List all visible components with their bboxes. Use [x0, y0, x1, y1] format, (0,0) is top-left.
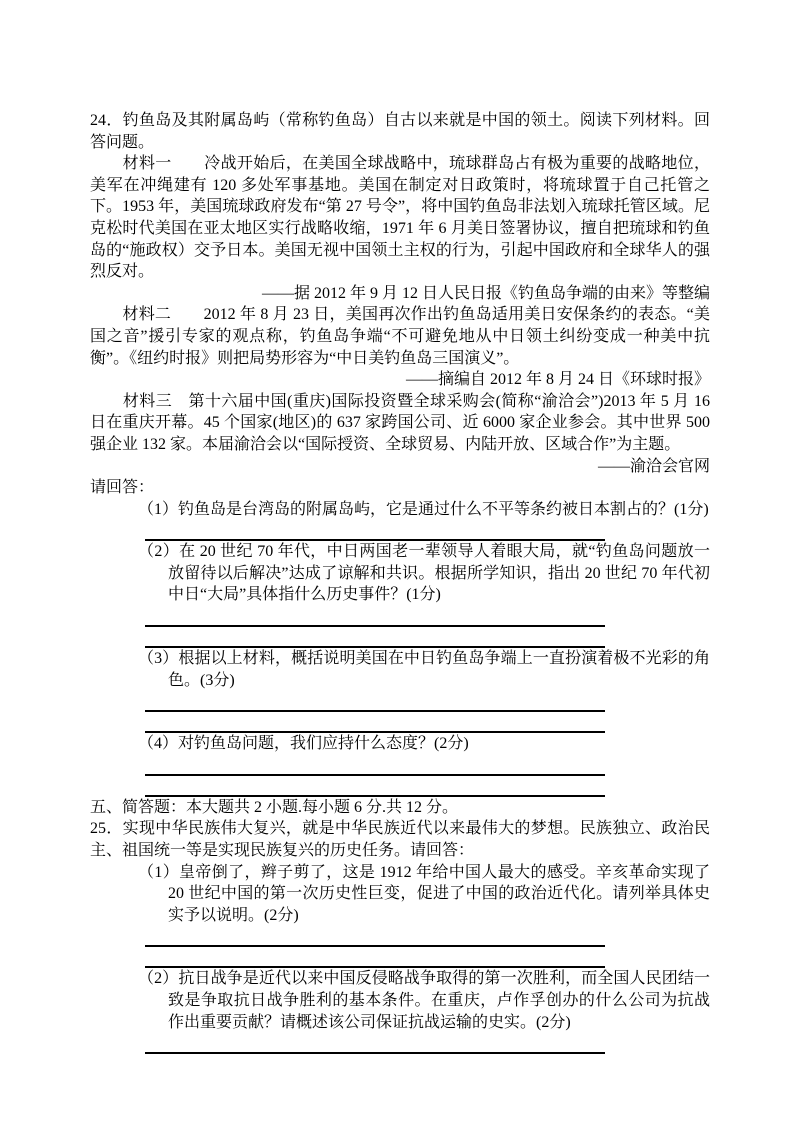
- answer-line: [145, 776, 605, 797]
- q24-sub-question-1: （1）钓鱼岛是台湾岛的附属岛屿，它是通过什么不平等条约被日本割占的？(1分): [90, 499, 710, 521]
- material-3-source: ——渝洽会官网: [90, 456, 710, 478]
- question-24-intro: 24．钓鱼岛及其附属岛屿（常称钓鱼岛）自古以来就是中国的领土。阅读下列材料。回答…: [90, 110, 710, 153]
- q24-sub-question-4: （4）对钓鱼岛问题，我们应持什么态度？(2分): [90, 733, 710, 755]
- answer-line: [145, 691, 605, 712]
- answer-line: [145, 606, 605, 627]
- exam-content: 24．钓鱼岛及其附属岛屿（常称钓鱼岛）自古以来就是中国的领土。阅读下列材料。回答…: [90, 0, 710, 1054]
- q25-sub-question-2: （2）抗日战争是近代以来中国反侵略战争取得的第一次胜利，而全国人民团结一致是争取…: [90, 968, 710, 1033]
- q24-sub-question-4-answer-lines: [90, 755, 710, 797]
- question-25-intro: 25．实现中华民族伟大复兴，就是中华民族近代以来最伟大的梦想。民族独立、政治民主…: [90, 818, 710, 861]
- q25-sub-question-1-answer-lines: [90, 926, 710, 968]
- answer-line: [145, 1033, 605, 1054]
- q25-sub-question-1: （1）皇帝倒了，辫子剪了，这是 1912 年给中国人最大的感受。辛亥革命实现了 …: [90, 862, 710, 927]
- q24-sub-question-3-answer-lines: [90, 691, 710, 733]
- answer-line: [145, 627, 605, 648]
- question-24-answer-prompt: 请回答：: [90, 477, 710, 499]
- material-1-body: 材料一 冷战开始后，在美国全球战略中，琉球群岛占有极为重要的战略地位，美军在冲绳…: [90, 153, 710, 283]
- material-3-body: 材料三 第十六届中国(重庆)国际投资暨全球采购会(简称“渝洽会”)2013 年 …: [90, 391, 710, 456]
- material-2-body: 材料二 2012 年 8 月 23 日，美国再次作出钓鱼岛适用美日安保条约的表态…: [90, 304, 710, 369]
- answer-line: [145, 520, 605, 541]
- answer-line: [145, 947, 605, 968]
- q25-sub-question-2-answer-lines: [90, 1033, 710, 1054]
- q24-sub-question-3: （3）根据以上材料，概括说明美国在中日钓鱼岛争端上一直扮演着极不光彩的角色。(3…: [90, 648, 710, 691]
- section-5-heading: 五、简答题：本大题共 2 小题.每小题 6 分.共 12 分。: [90, 797, 710, 819]
- q24-sub-question-2: （2）在 20 世纪 70 年代，中日两国老一辈领导人着眼大局，就“钓鱼岛问题放…: [90, 541, 710, 606]
- document-page: 24．钓鱼岛及其附属岛屿（常称钓鱼岛）自古以来就是中国的领土。阅读下列材料。回答…: [0, 0, 794, 1123]
- q24-sub-question-1-answer-lines: [90, 520, 710, 541]
- answer-line: [145, 712, 605, 733]
- answer-line: [145, 755, 605, 776]
- material-2-source: ——摘编自 2012 年 8 月 24 日《环球时报》: [90, 369, 710, 391]
- q24-sub-question-2-answer-lines: [90, 606, 710, 648]
- answer-line: [145, 926, 605, 947]
- material-1-source: ——据 2012 年 9 月 12 日人民日报《钓鱼岛争端的由来》等整编: [90, 283, 710, 305]
